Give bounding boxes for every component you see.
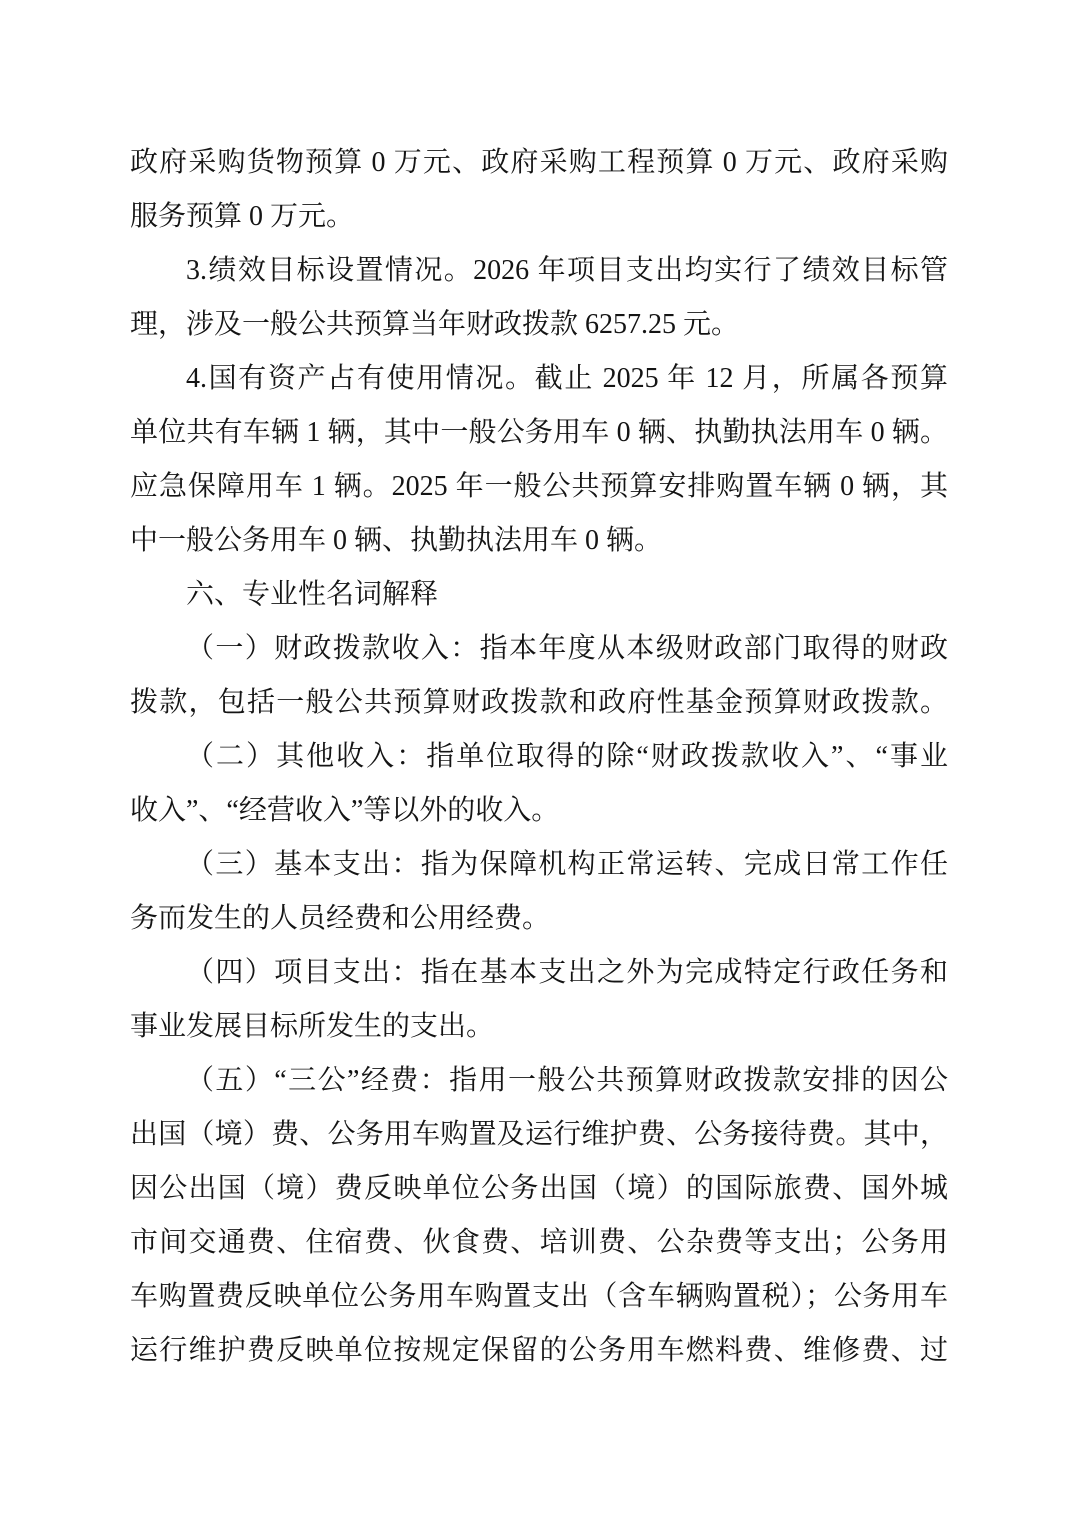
text-line: 拨款，包括一般公共预算财政拨款和政府性基金预算财政拨款。 — [130, 676, 948, 730]
text-line: 收入”、“经营收入”等以外的收入。 — [130, 784, 948, 838]
text-line: 理，涉及一般公共预算当年财政拨款 6257.25 元。 — [130, 298, 948, 352]
text-line: 中一般公务用车 0 辆、执勤执法用车 0 辆。 — [130, 514, 948, 568]
text-line: 应急保障用车 1 辆。2025 年一般公共预算安排购置车辆 0 辆，其 — [130, 460, 948, 514]
text-line: 单位共有车辆 1 辆，其中一般公务用车 0 辆、执勤执法用车 0 辆。 — [130, 406, 948, 460]
text-line: 务而发生的人员经费和公用经费。 — [130, 892, 948, 946]
text-line: 事业发展目标所发生的支出。 — [130, 1000, 948, 1054]
text-line: （一）财政拨款收入：指本年度从本级财政部门取得的财政 — [130, 622, 948, 676]
text-line: 4.国有资产占有使用情况。截止 2025 年 12 月，所属各预算 — [130, 352, 948, 406]
text-line: 3.绩效目标设置情况。2026 年项目支出均实行了绩效目标管 — [130, 244, 948, 298]
text-line: （三）基本支出：指为保障机构正常运转、完成日常工作任 — [130, 838, 948, 892]
text-line: 政府采购货物预算 0 万元、政府采购工程预算 0 万元、政府采购 — [130, 136, 948, 190]
text-line: （五）“三公”经费：指用一般公共预算财政拨款安排的因公 — [130, 1054, 948, 1108]
text-line: 车购置费反映单位公务用车购置支出（含车辆购置税）；公务用车 — [130, 1270, 948, 1324]
text-line: 市间交通费、住宿费、伙食费、培训费、公杂费等支出；公务用 — [130, 1216, 948, 1270]
text-line: 服务预算 0 万元。 — [130, 190, 948, 244]
text-line: 因公出国（境）费反映单位公务出国（境）的国际旅费、国外城 — [130, 1162, 948, 1216]
document-page: 政府采购货物预算 0 万元、政府采购工程预算 0 万元、政府采购 服务预算 0 … — [0, 0, 1074, 1520]
section-heading: 六、专业性名词解释 — [130, 568, 948, 622]
document-text-block: 政府采购货物预算 0 万元、政府采购工程预算 0 万元、政府采购 服务预算 0 … — [130, 136, 948, 1378]
text-line: （四）项目支出：指在基本支出之外为完成特定行政任务和 — [130, 946, 948, 1000]
text-line: 运行维护费反映单位按规定保留的公务用车燃料费、维修费、过 — [130, 1324, 948, 1378]
text-line: （二）其他收入：指单位取得的除“财政拨款收入”、“事业 — [130, 730, 948, 784]
text-line: 出国（境）费、公务用车购置及运行维护费、公务接待费。其中， — [130, 1108, 948, 1162]
